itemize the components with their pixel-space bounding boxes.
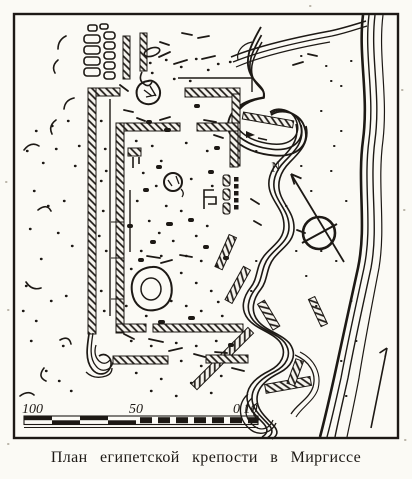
promontory-wall [308,296,327,326]
south-wall-left [116,324,146,332]
wall-remnant [223,175,230,186]
south-wall-main [153,324,243,332]
inner-east-wall-upper [230,131,238,167]
river-flow-arrow [371,348,387,428]
ravine-mark [246,131,255,138]
north-annex-wall-1 [123,36,130,79]
scale-label-50: 50 [129,402,143,417]
scale-label-0-10: 0 10 [233,402,258,417]
scanned-fortress-plan: N 100 50 0 10 План египетской крепости в… [0,0,412,479]
river [320,15,387,437]
scale-label-100: 100 [22,402,43,417]
east-diagonal-wall-1 [215,235,237,270]
east-diagonal-wall-3 [258,300,280,330]
wall-remnant-blocks [234,177,239,210]
small-building-ruin [128,148,141,168]
outer-south-wall-left [113,356,168,364]
round-building-ruin [164,173,183,197]
west-gate-ruin [86,333,113,377]
scale-bar-segments [24,416,258,425]
wall-remnant [223,203,230,214]
outer-south-wall-right [206,355,248,363]
outer-west-wall [88,88,96,334]
east-diagonal-wall-2 [225,266,250,303]
inner-west-wall [116,123,124,333]
ravine-wall [242,112,293,128]
map-drawing: N 100 50 0 10 [0,0,412,446]
large-round-ruin [132,267,172,310]
bracket-ruin [204,190,216,209]
north-gate-ruin [137,81,161,105]
inner-north-wall-right [197,123,238,131]
scale-bar: 100 50 0 10 [22,402,258,428]
figure-caption: План египетской крепости в Миргиссе [0,449,412,467]
wall-remnant [223,189,230,200]
